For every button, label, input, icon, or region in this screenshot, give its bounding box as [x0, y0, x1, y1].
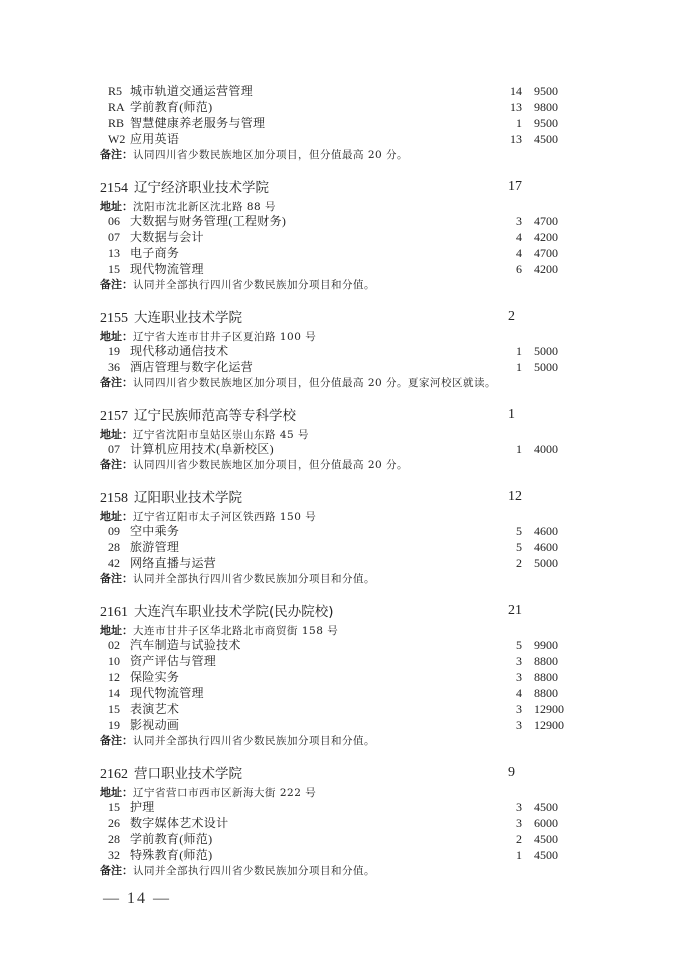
major-code: R5	[108, 83, 122, 99]
major-fee: 4700	[534, 213, 558, 229]
continuation-block: R5 城市轨道交通运营管理 14 9500 RA 学前教育(师范) 13 980…	[100, 83, 580, 163]
remark: 备注：认同四川省少数民族地区加分项目，但分值最高 20 分。	[100, 147, 580, 163]
major-row: 15 表演艺术 3 12900	[100, 701, 580, 717]
school-total: 1	[508, 405, 515, 425]
address-text: 辽宁省辽阳市太子河区铁西路 150 号	[133, 511, 316, 523]
school-section: 2155大连职业技术学院 2 地址：辽宁省大连市甘井子区夏泊路 100 号 19…	[100, 307, 580, 391]
school-total: 12	[508, 487, 522, 507]
major-count: 1	[516, 441, 522, 457]
address-label: 地址：	[100, 200, 133, 213]
remark: 备注：认同四川省少数民族地区加分项目，但分值最高 20 分。夏家河校区就读。	[100, 375, 580, 391]
school-code: 2161	[100, 605, 128, 620]
major-row: 12 保险实务 3 8800	[100, 669, 580, 685]
address-text: 辽宁省沈阳市皇姑区崇山东路 45 号	[133, 429, 309, 441]
major-row: 10 资产评估与管理 3 8800	[100, 653, 580, 669]
major-count: 3	[516, 653, 522, 669]
major-name: 城市轨道交通运营管理	[130, 83, 253, 99]
major-code: 32	[108, 847, 120, 863]
major-row: 07 计算机应用技术(阜新校区) 1 4000	[100, 441, 580, 457]
school-code: 2157	[100, 409, 128, 424]
major-name: 护理	[130, 799, 155, 815]
major-name: 大数据与会计	[130, 229, 204, 245]
remark-label: 备注：	[100, 864, 133, 877]
major-count: 1	[516, 359, 522, 375]
major-fee: 9500	[534, 115, 558, 131]
school-total: 21	[508, 601, 522, 621]
major-fee: 4600	[534, 539, 558, 555]
major-count: 1	[516, 343, 522, 359]
major-row: 26 数字媒体艺术设计 3 6000	[100, 815, 580, 831]
major-name: 旅游管理	[130, 539, 179, 555]
major-row: 06 大数据与财务管理(工程财务) 3 4700	[100, 213, 580, 229]
major-row: 09 空中乘务 5 4600	[100, 523, 580, 539]
remark-text: 认同四川省少数民族地区加分项目，但分值最高 20 分。夏家河校区就读。	[133, 377, 496, 389]
school-section: 2161大连汽车职业技术学院(民办院校) 21 地址：大连市甘井子区华北路北市商…	[100, 601, 580, 749]
major-row: 28 学前教育(师范) 2 4500	[100, 831, 580, 847]
school-header: 2155大连职业技术学院 2	[100, 307, 580, 327]
major-count: 5	[516, 523, 522, 539]
major-name: 空中乘务	[130, 523, 179, 539]
major-fee: 4000	[534, 441, 558, 457]
major-code: 10	[108, 653, 120, 669]
major-row: 07 大数据与会计 4 4200	[100, 229, 580, 245]
major-row: 15 现代物流管理 6 4200	[100, 261, 580, 277]
major-fee: 9900	[534, 637, 558, 653]
major-name: 数字媒体艺术设计	[130, 815, 228, 831]
major-fee: 5000	[534, 343, 558, 359]
major-row: 13 电子商务 4 4700	[100, 245, 580, 261]
major-count: 5	[516, 539, 522, 555]
major-row: 42 网络直播与运营 2 5000	[100, 555, 580, 571]
major-code: RA	[108, 99, 125, 115]
school-section: 2157辽宁民族师范高等专科学校 1 地址：辽宁省沈阳市皇姑区崇山东路 45 号…	[100, 405, 580, 473]
school-header: 2154辽宁经济职业技术学院 17	[100, 177, 580, 197]
major-fee: 12900	[534, 717, 564, 733]
major-code: 07	[108, 441, 120, 457]
major-count: 13	[510, 131, 522, 147]
major-count: 4	[516, 229, 522, 245]
major-name: 学前教育(师范)	[130, 831, 212, 847]
major-code: 28	[108, 831, 120, 847]
major-row: 19 现代移动通信技术 1 5000	[100, 343, 580, 359]
major-row: W2 应用英语 13 4500	[100, 131, 580, 147]
major-name: 表演艺术	[130, 701, 179, 717]
remark: 备注：认同并全部执行四川省少数民族加分项目和分值。	[100, 863, 580, 879]
remark: 备注：认同并全部执行四川省少数民族加分项目和分值。	[100, 571, 580, 587]
major-code: 28	[108, 539, 120, 555]
remark-label: 备注：	[100, 148, 133, 161]
major-count: 3	[516, 799, 522, 815]
major-count: 3	[516, 669, 522, 685]
major-fee: 12900	[534, 701, 564, 717]
major-count: 2	[516, 831, 522, 847]
major-name: 酒店管理与数字化运营	[130, 359, 253, 375]
major-fee: 6000	[534, 815, 558, 831]
major-fee: 5000	[534, 359, 558, 375]
remark-label: 备注：	[100, 458, 133, 471]
major-count: 3	[516, 815, 522, 831]
major-fee: 4500	[534, 131, 558, 147]
school-section: 2162营口职业技术学院 9 地址：辽宁省营口市西市区新海大街 222 号 15…	[100, 763, 580, 879]
remark-text: 认同四川省少数民族地区加分项目，但分值最高 20 分。	[133, 459, 408, 471]
major-fee: 4200	[534, 261, 558, 277]
remark-label: 备注：	[100, 572, 133, 585]
major-code: 12	[108, 669, 120, 685]
school-address: 地址：辽宁省沈阳市皇姑区崇山东路 45 号	[100, 425, 580, 441]
major-count: 13	[510, 99, 522, 115]
remark: 备注：认同并全部执行四川省少数民族加分项目和分值。	[100, 277, 580, 293]
major-name: 现代移动通信技术	[130, 343, 228, 359]
remark: 备注：认同并全部执行四川省少数民族加分项目和分值。	[100, 733, 580, 749]
address-label: 地址：	[100, 786, 133, 799]
document-page: R5 城市轨道交通运营管理 14 9500 RA 学前教育(师范) 13 980…	[0, 0, 680, 961]
major-count: 3	[516, 717, 522, 733]
major-fee: 4500	[534, 799, 558, 815]
school-name: 营口职业技术学院	[134, 766, 242, 782]
remark-text: 认同并全部执行四川省少数民族加分项目和分值。	[133, 279, 375, 291]
address-label: 地址：	[100, 428, 133, 441]
major-code: 36	[108, 359, 120, 375]
major-code: RB	[108, 115, 124, 131]
major-code: 26	[108, 815, 120, 831]
remark-label: 备注：	[100, 734, 133, 747]
address-text: 辽宁省营口市西市区新海大街 222 号	[133, 787, 316, 799]
school-header: 2162营口职业技术学院 9	[100, 763, 580, 783]
major-row: 32 特殊教育(师范) 1 4500	[100, 847, 580, 863]
major-code: 19	[108, 717, 120, 733]
address-label: 地址：	[100, 510, 133, 523]
school-header: 2158辽阳职业技术学院 12	[100, 487, 580, 507]
major-code: 15	[108, 261, 120, 277]
school-code: 2154	[100, 181, 128, 196]
school-code: 2158	[100, 491, 128, 506]
major-count: 4	[516, 685, 522, 701]
major-row: 28 旅游管理 5 4600	[100, 539, 580, 555]
major-row: RA 学前教育(师范) 13 9800	[100, 99, 580, 115]
address-label: 地址：	[100, 330, 133, 343]
major-code: 02	[108, 637, 120, 653]
major-count: 5	[516, 637, 522, 653]
major-fee: 8800	[534, 669, 558, 685]
school-total: 9	[508, 763, 515, 783]
major-row: 36 酒店管理与数字化运营 1 5000	[100, 359, 580, 375]
school-name: 辽宁民族师范高等专科学校	[134, 408, 296, 424]
major-count: 3	[516, 701, 522, 717]
major-code: 09	[108, 523, 120, 539]
major-count: 6	[516, 261, 522, 277]
major-row: 15 护理 3 4500	[100, 799, 580, 815]
school-address: 地址：辽宁省大连市甘井子区夏泊路 100 号	[100, 327, 580, 343]
major-name: 计算机应用技术(阜新校区)	[130, 441, 274, 457]
major-count: 3	[516, 213, 522, 229]
address-text: 沈阳市沈北新区沈北路 88 号	[133, 201, 276, 213]
remark: 备注：认同四川省少数民族地区加分项目，但分值最高 20 分。	[100, 457, 580, 473]
address-text: 大连市甘井子区华北路北市商贸街 158 号	[133, 625, 338, 637]
school-total: 17	[508, 177, 522, 197]
major-name: 智慧健康养老服务与管理	[130, 115, 265, 131]
major-code: 15	[108, 799, 120, 815]
major-name: 影视动画	[130, 717, 179, 733]
major-name: 现代物流管理	[130, 261, 204, 277]
major-name: 特殊教育(师范)	[130, 847, 212, 863]
major-fee: 9800	[534, 99, 558, 115]
school-code: 2162	[100, 767, 128, 782]
school-name: 辽宁经济职业技术学院	[134, 180, 269, 196]
page-number: — 14 —	[103, 890, 171, 908]
school-address: 地址：辽宁省辽阳市太子河区铁西路 150 号	[100, 507, 580, 523]
school-total: 2	[508, 307, 515, 327]
school-name: 大连职业技术学院	[134, 310, 242, 326]
school-header: 2157辽宁民族师范高等专科学校 1	[100, 405, 580, 425]
remark-text: 认同四川省少数民族地区加分项目，但分值最高 20 分。	[133, 149, 408, 161]
major-name: 汽车制造与试验技术	[130, 637, 241, 653]
major-code: 06	[108, 213, 120, 229]
major-fee: 4500	[534, 847, 558, 863]
school-address: 地址：辽宁省营口市西市区新海大街 222 号	[100, 783, 580, 799]
school-section: 2154辽宁经济职业技术学院 17 地址：沈阳市沈北新区沈北路 88 号 06 …	[100, 177, 580, 293]
school-section: 2158辽阳职业技术学院 12 地址：辽宁省辽阳市太子河区铁西路 150 号 0…	[100, 487, 580, 587]
page-content: R5 城市轨道交通运营管理 14 9500 RA 学前教育(师范) 13 980…	[100, 83, 580, 879]
major-code: W2	[108, 131, 125, 147]
major-fee: 4700	[534, 245, 558, 261]
major-name: 资产评估与管理	[130, 653, 216, 669]
school-name: 大连汽车职业技术学院(民办院校)	[134, 604, 334, 620]
major-name: 网络直播与运营	[130, 555, 216, 571]
major-count: 1	[516, 847, 522, 863]
major-code: 13	[108, 245, 120, 261]
major-count: 2	[516, 555, 522, 571]
remark-label: 备注：	[100, 376, 133, 389]
major-fee: 5000	[534, 555, 558, 571]
school-code: 2155	[100, 311, 128, 326]
major-fee: 4500	[534, 831, 558, 847]
major-count: 4	[516, 245, 522, 261]
major-code: 19	[108, 343, 120, 359]
major-count: 14	[510, 83, 522, 99]
major-code: 42	[108, 555, 120, 571]
major-name: 电子商务	[130, 245, 179, 261]
major-count: 1	[516, 115, 522, 131]
remark-text: 认同并全部执行四川省少数民族加分项目和分值。	[133, 865, 375, 877]
remark-text: 认同并全部执行四川省少数民族加分项目和分值。	[133, 573, 375, 585]
major-name: 现代物流管理	[130, 685, 204, 701]
major-name: 学前教育(师范)	[130, 99, 212, 115]
major-row: 14 现代物流管理 4 8800	[100, 685, 580, 701]
major-fee: 8800	[534, 685, 558, 701]
major-name: 应用英语	[130, 131, 179, 147]
school-address: 地址：沈阳市沈北新区沈北路 88 号	[100, 197, 580, 213]
major-name: 保险实务	[130, 669, 179, 685]
school-name: 辽阳职业技术学院	[134, 490, 242, 506]
address-text: 辽宁省大连市甘井子区夏泊路 100 号	[133, 331, 316, 343]
school-header: 2161大连汽车职业技术学院(民办院校) 21	[100, 601, 580, 621]
major-fee: 4600	[534, 523, 558, 539]
major-fee: 4200	[534, 229, 558, 245]
major-name: 大数据与财务管理(工程财务)	[130, 213, 286, 229]
major-code: 14	[108, 685, 120, 701]
address-label: 地址：	[100, 624, 133, 637]
major-row: RB 智慧健康养老服务与管理 1 9500	[100, 115, 580, 131]
remark-text: 认同并全部执行四川省少数民族加分项目和分值。	[133, 735, 375, 747]
major-row: R5 城市轨道交通运营管理 14 9500	[100, 83, 580, 99]
major-code: 07	[108, 229, 120, 245]
school-address: 地址：大连市甘井子区华北路北市商贸街 158 号	[100, 621, 580, 637]
major-row: 19 影视动画 3 12900	[100, 717, 580, 733]
major-row: 02 汽车制造与试验技术 5 9900	[100, 637, 580, 653]
remark-label: 备注：	[100, 278, 133, 291]
major-code: 15	[108, 701, 120, 717]
major-fee: 9500	[534, 83, 558, 99]
major-fee: 8800	[534, 653, 558, 669]
